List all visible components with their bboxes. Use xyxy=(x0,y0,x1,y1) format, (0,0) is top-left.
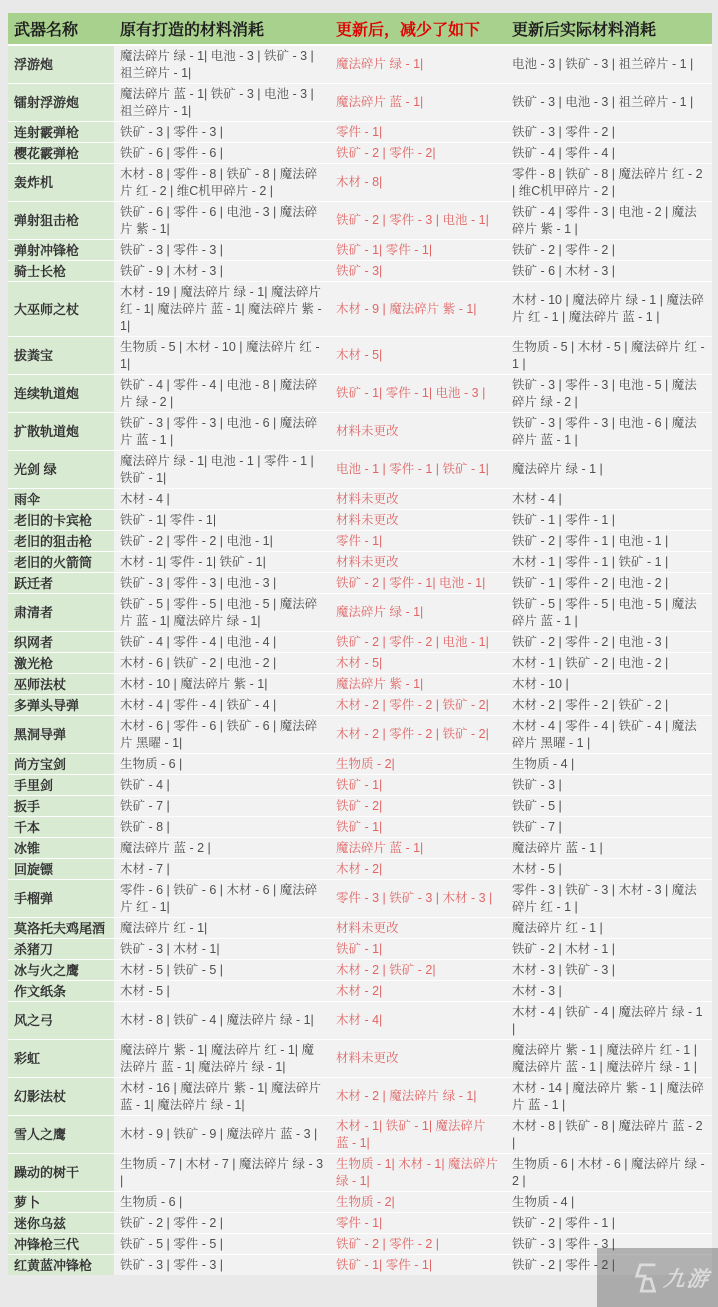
cell-actual: 铁矿 - 1 | 零件 - 2 | 电池 - 2 | xyxy=(506,573,712,594)
cell-actual: 木材 - 4 | xyxy=(506,489,712,510)
table-row: 幻影法杖木材 - 16 | 魔法碎片 紫 - 1| 魔法碎片 蓝 - 1| 魔法… xyxy=(8,1078,712,1116)
cell-original: 魔法碎片 绿 - 1| 电池 - 3 | 铁矿 - 3 | 祖兰碎片 - 1| xyxy=(114,45,330,84)
cell-actual: 生物质 - 4 | xyxy=(506,754,712,775)
cell-actual: 铁矿 - 1 | 零件 - 1 | xyxy=(506,510,712,531)
cell-actual: 魔法碎片 红 - 1 | xyxy=(506,918,712,939)
table-row: 浮游炮魔法碎片 绿 - 1| 电池 - 3 | 铁矿 - 3 | 祖兰碎片 - … xyxy=(8,45,712,84)
table-row: 弹射冲锋枪铁矿 - 3 | 零件 - 3 |铁矿 - 1| 零件 - 1|铁矿 … xyxy=(8,240,712,261)
cell-reduced: 铁矿 - 1| 零件 - 1| 电池 - 3 | xyxy=(330,375,506,413)
cell-weapon-name: 扳手 xyxy=(8,796,114,817)
table-row: 躁动的树干生物质 - 7 | 木材 - 7 | 魔法碎片 绿 - 3 |生物质 … xyxy=(8,1154,712,1192)
table-row: 激光枪木材 - 6 | 铁矿 - 2 | 电池 - 2 |木材 - 5|木材 -… xyxy=(8,653,712,674)
table-row: 骑士长枪铁矿 - 9 | 木材 - 3 |铁矿 - 3|铁矿 - 6 | 木材 … xyxy=(8,261,712,282)
cell-weapon-name: 冰锥 xyxy=(8,838,114,859)
cell-original: 铁矿 - 4 | 零件 - 4 | 电池 - 4 | xyxy=(114,632,330,653)
cell-actual: 木材 - 10 | 魔法碎片 绿 - 1 | 魔法碎片 红 - 1 | 魔法碎片… xyxy=(506,282,712,337)
header-weapon-name: 武器名称 xyxy=(8,13,114,45)
cell-original: 铁矿 - 8 | xyxy=(114,817,330,838)
site-watermark: 九游 xyxy=(597,1248,718,1307)
cell-reduced: 木材 - 2 | 魔法碎片 绿 - 1| xyxy=(330,1078,506,1116)
cell-weapon-name: 弹射冲锋枪 xyxy=(8,240,114,261)
cell-actual: 铁矿 - 2 | 零件 - 2 | xyxy=(506,240,712,261)
table-row: 回旋镖木材 - 7 |木材 - 2|木材 - 5 | xyxy=(8,859,712,880)
cell-weapon-name: 幻影法杖 xyxy=(8,1078,114,1116)
table-row: 雪人之鹰木材 - 9 | 铁矿 - 9 | 魔法碎片 蓝 - 3 |木材 - 1… xyxy=(8,1116,712,1154)
table-row: 冰与火之鹰木材 - 5 | 铁矿 - 5 |木材 - 2 | 铁矿 - 2|木材… xyxy=(8,960,712,981)
cell-reduced: 魔法碎片 绿 - 1| xyxy=(330,45,506,84)
cell-reduced: 木材 - 5| xyxy=(330,337,506,375)
cell-actual: 魔法碎片 蓝 - 1 | xyxy=(506,838,712,859)
cell-original: 铁矿 - 2 | 零件 - 2 | 电池 - 1| xyxy=(114,531,330,552)
table-row: 大巫师之杖木材 - 19 | 魔法碎片 绿 - 1| 魔法碎片 红 - 1| 魔… xyxy=(8,282,712,337)
cell-actual: 铁矿 - 3 | 零件 - 3 | 电池 - 5 | 魔法碎片 绿 - 2 | xyxy=(506,375,712,413)
cell-actual: 生物质 - 5 | 木材 - 5 | 魔法碎片 红 - 1 | xyxy=(506,337,712,375)
cell-original: 木材 - 5 | xyxy=(114,981,330,1002)
table-row: 作文纸条木材 - 5 |木材 - 2|木材 - 3 | xyxy=(8,981,712,1002)
cell-original: 木材 - 4 | 零件 - 4 | 铁矿 - 4 | xyxy=(114,695,330,716)
cell-original: 木材 - 1| 零件 - 1| 铁矿 - 1| xyxy=(114,552,330,573)
cell-weapon-name: 浮游炮 xyxy=(8,45,114,84)
cell-original: 木材 - 6 | 铁矿 - 2 | 电池 - 2 | xyxy=(114,653,330,674)
cell-weapon-name: 彩虹 xyxy=(8,1040,114,1078)
table-row: 樱花霰弹枪铁矿 - 6 | 零件 - 6 |铁矿 - 2 | 零件 - 2|铁矿… xyxy=(8,143,712,164)
cell-reduced: 铁矿 - 1| 零件 - 1| xyxy=(330,240,506,261)
cell-actual: 木材 - 2 | 零件 - 2 | 铁矿 - 2 | xyxy=(506,695,712,716)
table-row: 手榴弹零件 - 6 | 铁矿 - 6 | 木材 - 6 | 魔法碎片 红 - 1… xyxy=(8,880,712,918)
cell-reduced: 铁矿 - 2 | 零件 - 2| xyxy=(330,143,506,164)
cell-weapon-name: 光剑 绿 xyxy=(8,451,114,489)
weapon-materials-table: 武器名称 原有打造的材料消耗 更新后，减少了如下 更新后实际材料消耗 浮游炮魔法… xyxy=(8,13,712,1275)
cell-reduced: 零件 - 1| xyxy=(330,531,506,552)
cell-actual: 电池 - 3 | 铁矿 - 3 | 祖兰碎片 - 1 | xyxy=(506,45,712,84)
table-row: 雨伞木材 - 4 |材料未更改木材 - 4 | xyxy=(8,489,712,510)
cell-original: 木材 - 16 | 魔法碎片 紫 - 1| 魔法碎片 蓝 - 1| 魔法碎片 绿… xyxy=(114,1078,330,1116)
table-row: 尚方宝剑生物质 - 6 |生物质 - 2|生物质 - 4 | xyxy=(8,754,712,775)
weapon-table-body: 浮游炮魔法碎片 绿 - 1| 电池 - 3 | 铁矿 - 3 | 祖兰碎片 - … xyxy=(8,45,712,1275)
cell-reduced: 材料未更改 xyxy=(330,918,506,939)
cell-original: 铁矿 - 9 | 木材 - 3 | xyxy=(114,261,330,282)
cell-original: 铁矿 - 3 | 零件 - 3 | xyxy=(114,240,330,261)
table-row: 多弹头导弹木材 - 4 | 零件 - 4 | 铁矿 - 4 |木材 - 2 | … xyxy=(8,695,712,716)
cell-weapon-name: 多弹头导弹 xyxy=(8,695,114,716)
table-row: 扩散轨道炮铁矿 - 3 | 零件 - 3 | 电池 - 6 | 魔法碎片 蓝 -… xyxy=(8,413,712,451)
cell-actual: 铁矿 - 3 | 零件 - 3 | 电池 - 6 | 魔法碎片 蓝 - 1 | xyxy=(506,413,712,451)
cell-actual: 木材 - 5 | xyxy=(506,859,712,880)
cell-actual: 铁矿 - 2 | 零件 - 2 | 电池 - 3 | xyxy=(506,632,712,653)
table-row: 杀猪刀铁矿 - 3 | 木材 - 1|铁矿 - 1|铁矿 - 2 | 木材 - … xyxy=(8,939,712,960)
header-actual-cost: 更新后实际材料消耗 xyxy=(506,13,712,45)
cell-weapon-name: 冰与火之鹰 xyxy=(8,960,114,981)
table-row: 千本铁矿 - 8 |铁矿 - 1|铁矿 - 7 | xyxy=(8,817,712,838)
cell-weapon-name: 巫师法杖 xyxy=(8,674,114,695)
cell-reduced: 木材 - 2 | 零件 - 2 | 铁矿 - 2| xyxy=(330,695,506,716)
cell-original: 铁矿 - 6 | 零件 - 6 | xyxy=(114,143,330,164)
cell-actual: 铁矿 - 5 | xyxy=(506,796,712,817)
cell-weapon-name: 骑士长枪 xyxy=(8,261,114,282)
cell-original: 铁矿 - 3 | 零件 - 3 | 电池 - 6 | 魔法碎片 蓝 - 1 | xyxy=(114,413,330,451)
cell-reduced: 材料未更改 xyxy=(330,510,506,531)
cell-reduced: 材料未更改 xyxy=(330,489,506,510)
cell-original: 魔法碎片 红 - 1| xyxy=(114,918,330,939)
cell-reduced: 木材 - 1| 铁矿 - 1| 魔法碎片 蓝 - 1| xyxy=(330,1116,506,1154)
cell-original: 木材 - 19 | 魔法碎片 绿 - 1| 魔法碎片 红 - 1| 魔法碎片 蓝… xyxy=(114,282,330,337)
cell-weapon-name: 莫洛托夫鸡尾酒 xyxy=(8,918,114,939)
cell-weapon-name: 大巫师之杖 xyxy=(8,282,114,337)
cell-original: 生物质 - 7 | 木材 - 7 | 魔法碎片 绿 - 3 | xyxy=(114,1154,330,1192)
cell-actual: 木材 - 3 | xyxy=(506,981,712,1002)
table-row: 光剑 绿魔法碎片 绿 - 1| 电池 - 1 | 零件 - 1 | 铁矿 - 1… xyxy=(8,451,712,489)
cell-weapon-name: 连射霰弹枪 xyxy=(8,122,114,143)
cell-actual: 木材 - 1 | 零件 - 1 | 铁矿 - 1 | xyxy=(506,552,712,573)
cell-actual: 铁矿 - 6 | 木材 - 3 | xyxy=(506,261,712,282)
cell-actual: 铁矿 - 2 | 零件 - 1 | 电池 - 1 | xyxy=(506,531,712,552)
table-row: 拔粪宝生物质 - 5 | 木材 - 10 | 魔法碎片 红 - 1|木材 - 5… xyxy=(8,337,712,375)
table-row: 风之弓木材 - 8 | 铁矿 - 4 | 魔法碎片 绿 - 1|木材 - 4|木… xyxy=(8,1002,712,1040)
cell-original: 铁矿 - 3 | 木材 - 1| xyxy=(114,939,330,960)
cell-actual: 铁矿 - 7 | xyxy=(506,817,712,838)
table-row: 跃迁者铁矿 - 3 | 零件 - 3 | 电池 - 3 |铁矿 - 2 | 零件… xyxy=(8,573,712,594)
table-row: 老旧的火箭筒木材 - 1| 零件 - 1| 铁矿 - 1|材料未更改木材 - 1… xyxy=(8,552,712,573)
cell-reduced: 生物质 - 1| 木材 - 1| 魔法碎片 绿 - 1| xyxy=(330,1154,506,1192)
cell-weapon-name: 肃清者 xyxy=(8,594,114,632)
cell-reduced: 零件 - 1| xyxy=(330,122,506,143)
table-row: 巫师法杖木材 - 10 | 魔法碎片 紫 - 1|魔法碎片 紫 - 1|木材 -… xyxy=(8,674,712,695)
cell-original: 铁矿 - 3 | 零件 - 3 | xyxy=(114,122,330,143)
cell-weapon-name: 织网者 xyxy=(8,632,114,653)
cell-reduced: 零件 - 3 | 铁矿 - 3 | 木材 - 3 | xyxy=(330,880,506,918)
cell-original: 铁矿 - 6 | 零件 - 6 | 电池 - 3 | 魔法碎片 紫 - 1| xyxy=(114,202,330,240)
cell-reduced: 木材 - 4| xyxy=(330,1002,506,1040)
cell-actual: 木材 - 4 | 铁矿 - 4 | 魔法碎片 绿 - 1 | xyxy=(506,1002,712,1040)
cell-original: 魔法碎片 绿 - 1| 电池 - 1 | 零件 - 1 | 铁矿 - 1| xyxy=(114,451,330,489)
cell-weapon-name: 轰炸机 xyxy=(8,164,114,202)
cell-reduced: 木材 - 2| xyxy=(330,859,506,880)
cell-original: 魔法碎片 紫 - 1| 魔法碎片 红 - 1| 魔法碎片 蓝 - 1| 魔法碎片… xyxy=(114,1040,330,1078)
cell-weapon-name: 风之弓 xyxy=(8,1002,114,1040)
cell-weapon-name: 手榴弹 xyxy=(8,880,114,918)
cell-original: 铁矿 - 4 | 零件 - 4 | 电池 - 8 | 魔法碎片 绿 - 2 | xyxy=(114,375,330,413)
table-row: 扳手铁矿 - 7 |铁矿 - 2|铁矿 - 5 | xyxy=(8,796,712,817)
cell-reduced: 魔法碎片 紫 - 1| xyxy=(330,674,506,695)
cell-original: 魔法碎片 蓝 - 2 | xyxy=(114,838,330,859)
cell-actual: 铁矿 - 4 | 零件 - 4 | xyxy=(506,143,712,164)
cell-original: 铁矿 - 2 | 零件 - 2 | xyxy=(114,1213,330,1234)
cell-original: 木材 - 4 | xyxy=(114,489,330,510)
cell-weapon-name: 老旧的火箭筒 xyxy=(8,552,114,573)
cell-actual: 零件 - 3 | 铁矿 - 3 | 木材 - 3 | 魔法碎片 红 - 1 | xyxy=(506,880,712,918)
cell-reduced: 木材 - 5| xyxy=(330,653,506,674)
table-row: 冰锥魔法碎片 蓝 - 2 |魔法碎片 蓝 - 1|魔法碎片 蓝 - 1 | xyxy=(8,838,712,859)
cell-reduced: 材料未更改 xyxy=(330,552,506,573)
cell-actual: 生物质 - 4 | xyxy=(506,1192,712,1213)
cell-weapon-name: 扩散轨道炮 xyxy=(8,413,114,451)
cell-reduced: 木材 - 2 | 铁矿 - 2| xyxy=(330,960,506,981)
table-row: 迷你乌兹铁矿 - 2 | 零件 - 2 |零件 - 1|铁矿 - 2 | 零件 … xyxy=(8,1213,712,1234)
cell-weapon-name: 雨伞 xyxy=(8,489,114,510)
cell-actual: 铁矿 - 5 | 零件 - 5 | 电池 - 5 | 魔法碎片 蓝 - 1 | xyxy=(506,594,712,632)
cell-weapon-name: 迷你乌兹 xyxy=(8,1213,114,1234)
cell-reduced: 生物质 - 2| xyxy=(330,1192,506,1213)
cell-weapon-name: 千本 xyxy=(8,817,114,838)
cell-reduced: 铁矿 - 1| xyxy=(330,817,506,838)
cell-reduced: 木材 - 2| xyxy=(330,981,506,1002)
cell-actual: 铁矿 - 3 | 电池 - 3 | 祖兰碎片 - 1 | xyxy=(506,84,712,122)
cell-original: 生物质 - 5 | 木材 - 10 | 魔法碎片 红 - 1| xyxy=(114,337,330,375)
cell-weapon-name: 老旧的狙击枪 xyxy=(8,531,114,552)
cell-actual: 零件 - 8 | 铁矿 - 8 | 魔法碎片 红 - 2 | 维C机甲碎片 - … xyxy=(506,164,712,202)
cell-original: 木材 - 9 | 铁矿 - 9 | 魔法碎片 蓝 - 3 | xyxy=(114,1116,330,1154)
cell-actual: 魔法碎片 绿 - 1 | xyxy=(506,451,712,489)
cell-reduced: 铁矿 - 1| xyxy=(330,939,506,960)
cell-weapon-name: 老旧的卡宾枪 xyxy=(8,510,114,531)
cell-original: 铁矿 - 1| 零件 - 1| xyxy=(114,510,330,531)
cell-actual: 生物质 - 6 | 木材 - 6 | 魔法碎片 绿 - 2 | xyxy=(506,1154,712,1192)
cell-actual: 铁矿 - 3 | xyxy=(506,775,712,796)
table-row: 镭射浮游炮魔法碎片 蓝 - 1| 铁矿 - 3 | 电池 - 3 | 祖兰碎片 … xyxy=(8,84,712,122)
table-row: 老旧的卡宾枪铁矿 - 1| 零件 - 1|材料未更改铁矿 - 1 | 零件 - … xyxy=(8,510,712,531)
cell-reduced: 生物质 - 2| xyxy=(330,754,506,775)
header-original-cost: 原有打造的材料消耗 xyxy=(114,13,330,45)
cell-original: 木材 - 5 | 铁矿 - 5 | xyxy=(114,960,330,981)
cell-original: 铁矿 - 5 | 零件 - 5 | xyxy=(114,1234,330,1255)
page: 武器名称 原有打造的材料消耗 更新后，减少了如下 更新后实际材料消耗 浮游炮魔法… xyxy=(0,0,718,1307)
cell-weapon-name: 萝卜 xyxy=(8,1192,114,1213)
cell-reduced: 电池 - 1 | 零件 - 1 | 铁矿 - 1| xyxy=(330,451,506,489)
cell-actual: 木材 - 8 | 铁矿 - 8 | 魔法碎片 蓝 - 2 | xyxy=(506,1116,712,1154)
cell-original: 零件 - 6 | 铁矿 - 6 | 木材 - 6 | 魔法碎片 红 - 1| xyxy=(114,880,330,918)
cell-actual: 铁矿 - 4 | 零件 - 3 | 电池 - 2 | 魔法碎片 紫 - 1 | xyxy=(506,202,712,240)
cell-original: 木材 - 8 | 铁矿 - 4 | 魔法碎片 绿 - 1| xyxy=(114,1002,330,1040)
cell-weapon-name: 跃迁者 xyxy=(8,573,114,594)
cell-original: 木材 - 10 | 魔法碎片 紫 - 1| xyxy=(114,674,330,695)
cell-actual: 木材 - 14 | 魔法碎片 紫 - 1 | 魔法碎片 蓝 - 1 | xyxy=(506,1078,712,1116)
cell-original: 铁矿 - 4 | xyxy=(114,775,330,796)
cell-reduced: 材料未更改 xyxy=(330,1040,506,1078)
cell-weapon-name: 杀猪刀 xyxy=(8,939,114,960)
cell-reduced: 铁矿 - 2 | 零件 - 2 | 电池 - 1| xyxy=(330,632,506,653)
cell-actual: 木材 - 1 | 铁矿 - 2 | 电池 - 2 | xyxy=(506,653,712,674)
cell-original: 生物质 - 6 | xyxy=(114,1192,330,1213)
cell-weapon-name: 连续轨道炮 xyxy=(8,375,114,413)
table-row: 连射霰弹枪铁矿 - 3 | 零件 - 3 |零件 - 1|铁矿 - 3 | 零件… xyxy=(8,122,712,143)
table-row: 彩虹魔法碎片 紫 - 1| 魔法碎片 红 - 1| 魔法碎片 蓝 - 1| 魔法… xyxy=(8,1040,712,1078)
cell-original: 木材 - 8 | 零件 - 8 | 铁矿 - 8 | 魔法碎片 红 - 2 | … xyxy=(114,164,330,202)
cell-actual: 铁矿 - 3 | 零件 - 2 | xyxy=(506,122,712,143)
cell-actual: 木材 - 4 | 零件 - 4 | 铁矿 - 4 | 魔法碎片 黑曜 - 1 | xyxy=(506,716,712,754)
cell-weapon-name: 作文纸条 xyxy=(8,981,114,1002)
cell-reduced: 铁矿 - 2 | 零件 - 2 | xyxy=(330,1234,506,1255)
cell-weapon-name: 激光枪 xyxy=(8,653,114,674)
cell-reduced: 铁矿 - 2| xyxy=(330,796,506,817)
header-reduced-cost: 更新后，减少了如下 xyxy=(330,13,506,45)
table-row: 黑洞导弹木材 - 6 | 零件 - 6 | 铁矿 - 6 | 魔法碎片 黑曜 -… xyxy=(8,716,712,754)
cell-original: 木材 - 6 | 零件 - 6 | 铁矿 - 6 | 魔法碎片 黑曜 - 1| xyxy=(114,716,330,754)
cell-original: 铁矿 - 5 | 零件 - 5 | 电池 - 5 | 魔法碎片 蓝 - 1| 魔… xyxy=(114,594,330,632)
table-row: 弹射狙击枪铁矿 - 6 | 零件 - 6 | 电池 - 3 | 魔法碎片 紫 -… xyxy=(8,202,712,240)
cell-reduced: 铁矿 - 2 | 零件 - 3 | 电池 - 1| xyxy=(330,202,506,240)
cell-reduced: 木材 - 8| xyxy=(330,164,506,202)
cell-weapon-name: 尚方宝剑 xyxy=(8,754,114,775)
cell-actual: 木材 - 3 | 铁矿 - 3 | xyxy=(506,960,712,981)
cell-weapon-name: 镭射浮游炮 xyxy=(8,84,114,122)
watermark-label: 九游 xyxy=(662,1263,711,1293)
cell-original: 木材 - 7 | xyxy=(114,859,330,880)
cell-reduced: 零件 - 1| xyxy=(330,1213,506,1234)
cell-weapon-name: 红黄蓝冲锋枪 xyxy=(8,1255,114,1276)
table-row: 萝卜生物质 - 6 |生物质 - 2|生物质 - 4 | xyxy=(8,1192,712,1213)
table-header: 武器名称 原有打造的材料消耗 更新后，减少了如下 更新后实际材料消耗 xyxy=(8,13,712,45)
cell-weapon-name: 手里剑 xyxy=(8,775,114,796)
cell-reduced: 魔法碎片 绿 - 1| xyxy=(330,594,506,632)
cell-reduced: 铁矿 - 2 | 零件 - 1| 电池 - 1| xyxy=(330,573,506,594)
cell-reduced: 魔法碎片 蓝 - 1| xyxy=(330,838,506,859)
cell-original: 铁矿 - 3 | 零件 - 3 | 电池 - 3 | xyxy=(114,573,330,594)
cell-actual: 铁矿 - 2 | 木材 - 1 | xyxy=(506,939,712,960)
cell-weapon-name: 拔粪宝 xyxy=(8,337,114,375)
cell-reduced: 铁矿 - 1| 零件 - 1| xyxy=(330,1255,506,1276)
table-row: 连续轨道炮铁矿 - 4 | 零件 - 4 | 电池 - 8 | 魔法碎片 绿 -… xyxy=(8,375,712,413)
cell-original: 生物质 - 6 | xyxy=(114,754,330,775)
cell-original: 铁矿 - 7 | xyxy=(114,796,330,817)
nine-game-logo-icon xyxy=(631,1261,661,1295)
cell-reduced: 木材 - 9 | 魔法碎片 紫 - 1| xyxy=(330,282,506,337)
table-row: 肃清者铁矿 - 5 | 零件 - 5 | 电池 - 5 | 魔法碎片 蓝 - 1… xyxy=(8,594,712,632)
cell-reduced: 魔法碎片 蓝 - 1| xyxy=(330,84,506,122)
cell-weapon-name: 冲锋枪三代 xyxy=(8,1234,114,1255)
cell-original: 铁矿 - 3 | 零件 - 3 | xyxy=(114,1255,330,1276)
cell-reduced: 铁矿 - 3| xyxy=(330,261,506,282)
cell-weapon-name: 樱花霰弹枪 xyxy=(8,143,114,164)
table-row: 老旧的狙击枪铁矿 - 2 | 零件 - 2 | 电池 - 1|零件 - 1|铁矿… xyxy=(8,531,712,552)
table-row: 织网者铁矿 - 4 | 零件 - 4 | 电池 - 4 |铁矿 - 2 | 零件… xyxy=(8,632,712,653)
cell-actual: 木材 - 10 | xyxy=(506,674,712,695)
cell-original: 魔法碎片 蓝 - 1| 铁矿 - 3 | 电池 - 3 | 祖兰碎片 - 1| xyxy=(114,84,330,122)
cell-weapon-name: 雪人之鹰 xyxy=(8,1116,114,1154)
cell-actual: 魔法碎片 紫 - 1 | 魔法碎片 红 - 1 | 魔法碎片 蓝 - 1 | 魔… xyxy=(506,1040,712,1078)
cell-weapon-name: 回旋镖 xyxy=(8,859,114,880)
cell-weapon-name: 弹射狙击枪 xyxy=(8,202,114,240)
cell-reduced: 材料未更改 xyxy=(330,413,506,451)
cell-reduced: 铁矿 - 1| xyxy=(330,775,506,796)
table-row: 轰炸机木材 - 8 | 零件 - 8 | 铁矿 - 8 | 魔法碎片 红 - 2… xyxy=(8,164,712,202)
table-row: 手里剑铁矿 - 4 |铁矿 - 1|铁矿 - 3 | xyxy=(8,775,712,796)
cell-reduced: 木材 - 2 | 零件 - 2 | 铁矿 - 2| xyxy=(330,716,506,754)
cell-weapon-name: 黑洞导弹 xyxy=(8,716,114,754)
cell-actual: 铁矿 - 2 | 零件 - 1 | xyxy=(506,1213,712,1234)
table-row: 莫洛托夫鸡尾酒魔法碎片 红 - 1|材料未更改魔法碎片 红 - 1 | xyxy=(8,918,712,939)
cell-weapon-name: 躁动的树干 xyxy=(8,1154,114,1192)
